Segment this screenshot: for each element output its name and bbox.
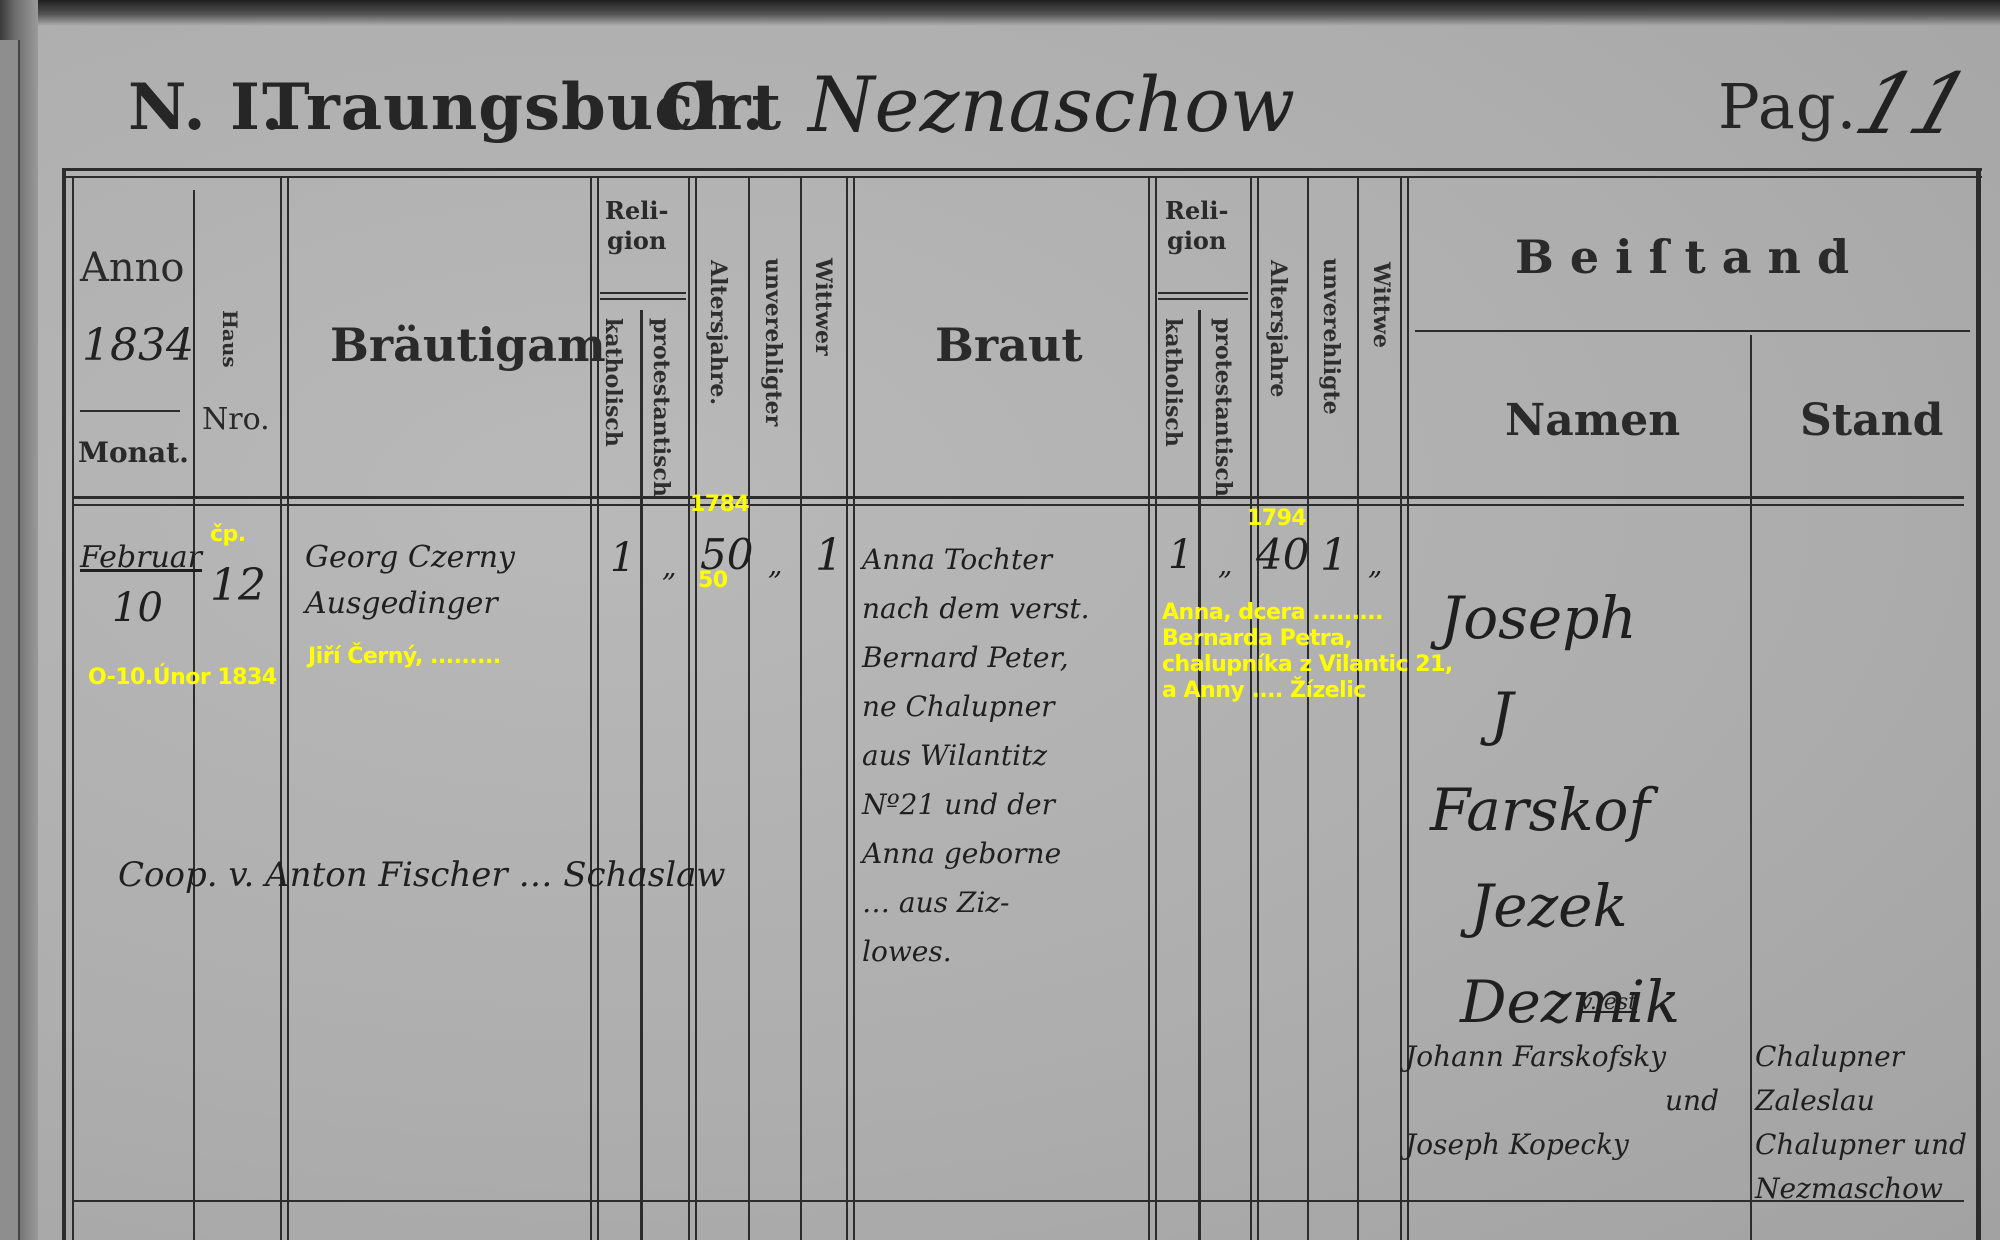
- header-katholisch-groom: katholisch: [600, 318, 626, 447]
- groom-protestant-mark: „: [662, 550, 677, 583]
- table-left-border: [62, 168, 66, 1240]
- groom-catholic-mark: 1: [610, 535, 635, 581]
- annotation-date: O-10.Únor 1834: [88, 665, 277, 691]
- entry-day: 10: [112, 585, 163, 631]
- entry-groom: Georg Czerny Ausgedinger: [305, 535, 515, 627]
- col-line: [1257, 178, 1259, 1240]
- witness-note: v. est: [1580, 990, 1637, 1015]
- header-namen: Namen: [1505, 395, 1680, 446]
- header-year: 1834: [82, 320, 194, 371]
- religion-divider: [600, 298, 686, 300]
- place-value: Neznaschow: [808, 60, 1295, 149]
- header-stand: Stand: [1800, 395, 1943, 446]
- entry-month: Februar: [80, 540, 202, 575]
- header-beistand: B e i ſ t a n d: [1515, 230, 1849, 284]
- header-braeutigam: Bräutigam: [330, 318, 606, 372]
- religion-divider: [600, 292, 686, 294]
- header-divider: [74, 496, 1964, 499]
- annotation-groom-age: 50: [698, 568, 728, 594]
- page-label: Pag.: [1718, 70, 1857, 143]
- scan-top-shadow: [0, 0, 2000, 26]
- book-number: N. I.: [128, 70, 284, 145]
- groom-widower-mark: 1: [815, 530, 843, 581]
- groom-unmarried-mark: „: [768, 548, 783, 581]
- col-line: [1307, 178, 1309, 1240]
- place-label: Ort: [660, 70, 782, 145]
- header-wittwe: Wittwe: [1368, 262, 1394, 348]
- col-line: [1198, 310, 1201, 1240]
- previous-page-edge: [0, 40, 20, 1240]
- header-unverehligter: unverehligter: [760, 258, 786, 426]
- witness-signatures: Joseph J Farskof Jezek Dezmik: [1430, 570, 1680, 1050]
- header-monat: Monat.: [78, 436, 189, 469]
- table-left-border-inner: [72, 176, 74, 1240]
- col-line: [800, 178, 802, 1240]
- header-unverehligte: unverehligte: [1318, 258, 1344, 415]
- col-line: [688, 178, 690, 1240]
- col-line: [1155, 178, 1157, 1240]
- table-right-border: [1976, 168, 1981, 1240]
- annotation-groom-birth-year: 1784: [690, 492, 749, 518]
- bride-protestant-mark: „: [1218, 548, 1233, 581]
- col-line: [695, 178, 697, 1240]
- header-divider-inner: [74, 504, 1964, 506]
- col-line: [1250, 178, 1252, 1240]
- col-line: [1750, 335, 1752, 1240]
- col-line: [748, 178, 750, 1240]
- witnesses-stand: Chalupner Zaleslau Chalupner und Nezmasc…: [1755, 1035, 1967, 1211]
- header-religion-bride: Reli- gion: [1165, 196, 1228, 256]
- header-katholisch-bride: katholisch: [1160, 318, 1186, 447]
- priest-note: Coop. v. Anton Fischer … Schaslaw: [118, 855, 725, 895]
- col-line: [1357, 178, 1359, 1240]
- col-line: [846, 178, 848, 1240]
- header-anno: Anno: [80, 245, 185, 291]
- col-line: [640, 310, 643, 1240]
- header-wittwer: Wittwer: [810, 258, 836, 356]
- header-religion-groom: Reli- gion: [605, 196, 668, 256]
- col-line: [287, 178, 289, 1240]
- bride-catholic-mark: 1: [1168, 532, 1193, 578]
- table-top-border: [62, 168, 1982, 171]
- header-protestantisch-groom: protestantisch: [648, 318, 674, 497]
- header-altersjahre-bride: Altersjahre: [1265, 260, 1291, 397]
- beistand-divider: [1415, 330, 1970, 332]
- annotation-bride-details: Anna, dcera ......... Bernarda Petra, ch…: [1162, 600, 1453, 704]
- header-haus: Haus: [218, 310, 242, 368]
- table-top-border-inner: [62, 176, 1982, 178]
- bride-age: 40: [1256, 530, 1309, 579]
- religion-divider: [1158, 298, 1248, 300]
- page-number: 11: [1844, 55, 1983, 153]
- col-line: [853, 178, 855, 1240]
- entry-house-number: 12: [210, 560, 266, 611]
- col-line: [1148, 178, 1150, 1240]
- religion-divider: [1158, 292, 1248, 294]
- entry-bride: Anna Tochter nach dem verst. Bernard Pet…: [862, 535, 1090, 976]
- row-divider: [74, 1200, 1964, 1202]
- annotation-groom-name: Jiří Černý, .........: [308, 644, 501, 670]
- bride-widow-mark: „: [1368, 548, 1383, 581]
- header-nro: Nro.: [202, 402, 270, 437]
- annotation-bride-birth-year: 1794: [1247, 506, 1306, 532]
- header-altersjahre-groom: Altersjahre.: [705, 260, 731, 405]
- annotation-house-prefix: čp.: [210, 522, 246, 548]
- witnesses-names: Johann Farskofsky und Joseph Kopecky: [1405, 1035, 1719, 1167]
- header-protestantisch-bride: protestantisch: [1210, 318, 1236, 497]
- register-page: N. I. Traungsbuch. Ort Neznaschow Pag. 1…: [0, 0, 2000, 1240]
- bride-unmarried-mark: 1: [1320, 530, 1348, 581]
- col-line: [280, 178, 282, 1240]
- col-line: [1400, 178, 1402, 1240]
- header-braut: Braut: [935, 318, 1083, 372]
- anno-monat-divider: [80, 410, 180, 412]
